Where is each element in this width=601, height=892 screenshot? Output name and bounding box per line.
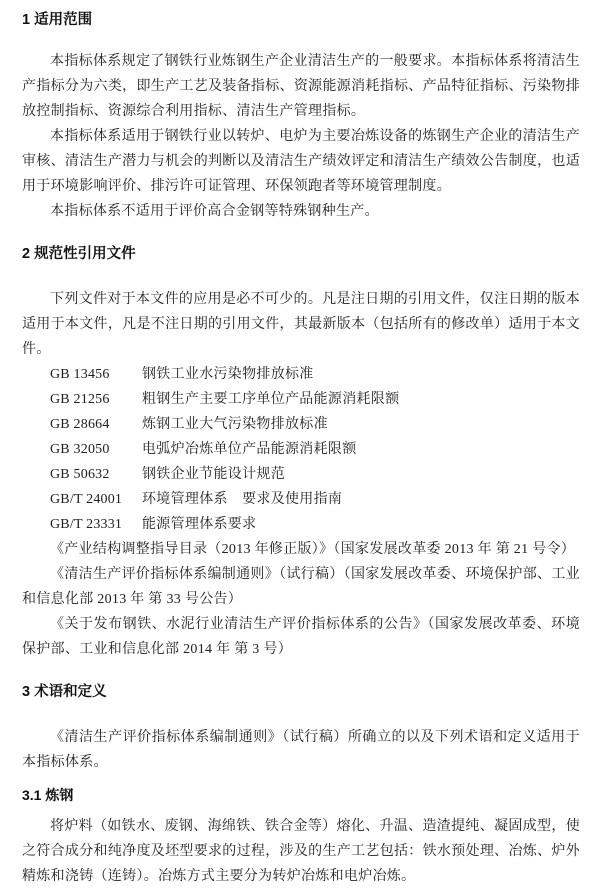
reference-document-1: 《产业结构调整指导目录（2013 年修正版）》（国家发展改革委 2013 年 第… <box>22 537 580 562</box>
standard-code: GB 13456 <box>50 362 142 387</box>
scope-paragraph-3: 本指标体系不适用于评价高合金钢等特殊钢种生产。 <box>22 199 580 224</box>
standard-row: GB/T 23331 能源管理体系要求 <box>50 512 580 537</box>
scope-paragraph-2: 本指标体系适用于钢铁行业以转炉、电炉为主要冶炼设备的炼钢生产企业的清洁生产审核、… <box>22 124 580 199</box>
standard-title: 电弧炉冶炼单位产品能源消耗限额 <box>142 437 580 462</box>
standard-code: GB 21256 <box>50 387 142 412</box>
standard-row: GB 13456 钢铁工业水污染物排放标准 <box>50 362 580 387</box>
standard-row: GB 50632 钢铁企业节能设计规范 <box>50 462 580 487</box>
standard-title: 粗钢生产主要工序单位产品能源消耗限额 <box>142 387 580 412</box>
scope-paragraph-1: 本指标体系规定了钢铁行业炼钢生产企业清洁生产的一般要求。本指标体系将清洁生产指标… <box>22 49 580 124</box>
standard-title: 钢铁企业节能设计规范 <box>142 462 580 487</box>
standard-title: 环境管理体系 要求及使用指南 <box>142 487 580 512</box>
references-intro: 下列文件对于本文件的应用是必不可少的。凡是注日期的引用文件，仅注日期的版本适用于… <box>22 287 580 362</box>
section-heading-terms: 3 术语和定义 <box>22 680 580 705</box>
document-page: 1 适用范围 本指标体系规定了钢铁行业炼钢生产企业清洁生产的一般要求。本指标体系… <box>0 0 601 892</box>
standard-row: GB 28664 炼钢工业大气污染物排放标准 <box>50 412 580 437</box>
reference-document-2: 《清洁生产评价指标体系编制通则》（试行稿）（国家发展改革委、环境保护部、工业和信… <box>22 562 580 612</box>
reference-document-3: 《关于发布钢铁、水泥行业清洁生产评价指标体系的公告》（国家发展改革委、环境保护部… <box>22 612 580 662</box>
section-heading-references: 2 规范性引用文件 <box>22 242 580 267</box>
standard-code: GB/T 23331 <box>50 512 142 537</box>
standard-code: GB 50632 <box>50 462 142 487</box>
standard-title: 炼钢工业大气污染物排放标准 <box>142 412 580 437</box>
standard-code: GB 32050 <box>50 437 142 462</box>
standard-title: 钢铁工业水污染物排放标准 <box>142 362 580 387</box>
subsection-heading-steelmaking: 3.1 炼钢 <box>22 783 580 808</box>
section-heading-scope: 1 适用范围 <box>22 8 580 33</box>
standard-code: GB/T 24001 <box>50 487 142 512</box>
standard-title: 能源管理体系要求 <box>142 512 580 537</box>
steelmaking-definition: 将炉料（如铁水、废钢、海绵铁、铁合金等）熔化、升温、造渣提纯、凝固成型，使之符合… <box>22 814 580 889</box>
standard-row: GB/T 24001 环境管理体系 要求及使用指南 <box>50 487 580 512</box>
standard-row: GB 32050 电弧炉冶炼单位产品能源消耗限额 <box>50 437 580 462</box>
standard-code: GB 28664 <box>50 412 142 437</box>
standard-row: GB 21256 粗钢生产主要工序单位产品能源消耗限额 <box>50 387 580 412</box>
standards-list: GB 13456 钢铁工业水污染物排放标准 GB 21256 粗钢生产主要工序单… <box>22 362 580 537</box>
terms-intro: 《清洁生产评价指标体系编制通则》（试行稿）所确立的以及下列术语和定义适用于本指标… <box>22 725 580 775</box>
